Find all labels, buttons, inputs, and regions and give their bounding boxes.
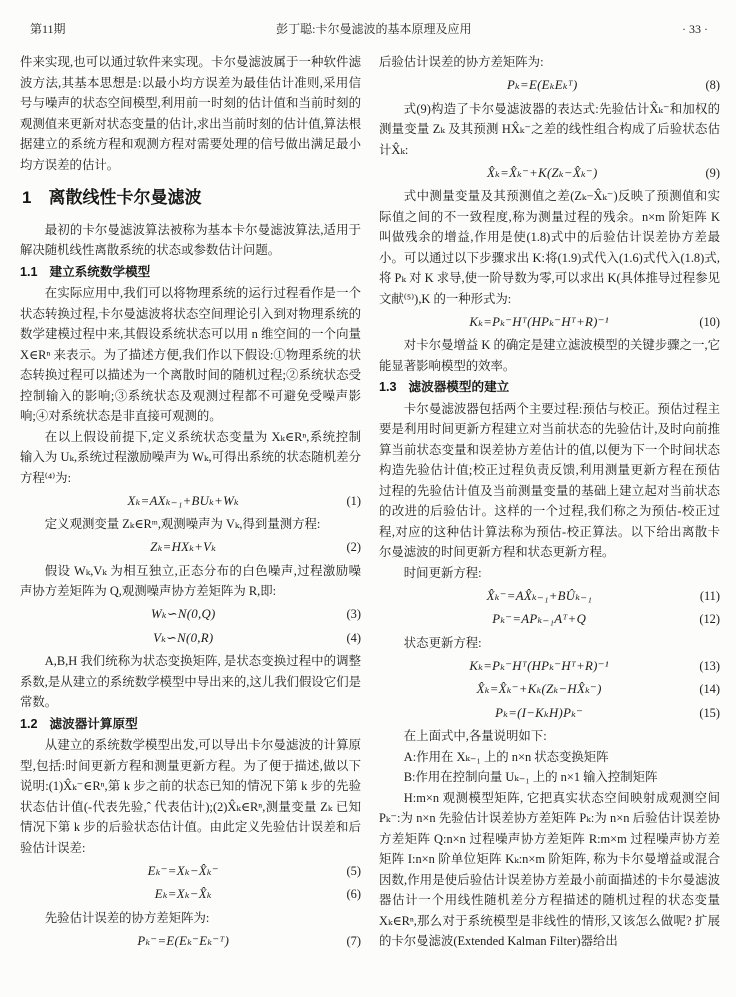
equation-body: Eₖ⁻=Xₖ−X̂ₖ⁻: [20, 861, 347, 882]
header-page-number: · 33 ·: [682, 22, 708, 37]
equation-body: Xₖ=AXₖ₋₁+BUₖ+Wₖ: [20, 491, 347, 512]
equation-body: Pₖ=E(EₖEₖᵀ): [379, 75, 706, 96]
paragraph: H:m×n 观测模型矩阵, 它把真实状态空间映射成观测空间 Pₖ⁻:为 n×n …: [379, 788, 720, 952]
paragraph: 在上面式中,各量说明如下:: [379, 726, 720, 747]
equation-number: (7): [347, 931, 361, 952]
equation-body: Kₖ=Pₖ⁻Hᵀ(HPₖ⁻Hᵀ+R)⁻¹: [379, 656, 699, 677]
equation: Eₖ=Xₖ−X̂ₖ (6): [20, 884, 361, 905]
equation-body: X̂ₖ=X̂ₖ⁻+K(Zₖ−X̂ₖ⁻): [379, 163, 706, 184]
equation: Eₖ⁻=Xₖ−X̂ₖ⁻ (5): [20, 861, 361, 882]
left-column: 件来实现,也可以通过软件来实现。卡尔曼滤波属于一种软件滤波方法,其基本思想是:以…: [20, 52, 361, 954]
equation-number: (10): [699, 312, 720, 333]
paragraph: 在以上假设前提下,定义系统状态变量为 Xₖ∈Rⁿ,系统控制输入为 Uₖ,系统过程…: [20, 427, 361, 489]
equation: Pₖ=E(EₖEₖᵀ) (8): [379, 75, 720, 96]
subsection-title: 滤波器模型的建立: [409, 380, 510, 394]
equation: Zₖ=HXₖ+Vₖ (2): [20, 537, 361, 558]
paragraph: 假设 Wₖ,Vₖ 为相互独立,正态分布的白色噪声,过程激励噪声协方差矩阵为 Q,…: [20, 561, 361, 602]
paragraph: 从建立的系统数学模型出发,可以导出卡尔曼滤波的计算原型,包括:时间更新方程和测量…: [20, 735, 361, 858]
subsection-heading: 1.3滤波器模型的建立: [379, 377, 720, 398]
header-running-title: 彭丁聪:卡尔曼滤波的基本原理及应用: [66, 20, 682, 37]
equation: Xₖ=AXₖ₋₁+BUₖ+Wₖ (1): [20, 491, 361, 512]
equation: Wₖ∽N(0,Q) (3): [20, 604, 361, 625]
equation-number: (12): [699, 609, 720, 630]
paragraph: 状态更新方程:: [379, 633, 720, 654]
paragraph: 卡尔曼滤波器包括两个主要过程:预估与校正。预估过程主要是利用时间更新方程建立对当…: [379, 399, 720, 563]
equation: Kₖ=Pₖ⁻Hᵀ(HPₖ⁻Hᵀ+R)⁻¹ (13): [379, 656, 720, 677]
subsection-number: 1.1: [20, 265, 38, 279]
paragraph: 最初的卡尔曼滤波算法被称为基本卡尔曼滤波算法,适用于解决随机线性离散系统的状态或…: [20, 220, 361, 261]
subsection-heading: 1.2滤波器计算原型: [20, 714, 361, 735]
equation-number: (11): [700, 586, 720, 607]
paragraph: 时间更新方程:: [379, 563, 720, 584]
equation-body: Kₖ=Pₖ⁻Hᵀ(HPₖ⁻Hᵀ+R)⁻¹: [379, 312, 699, 333]
equation-number: (9): [706, 163, 720, 184]
equation: Pₖ=(I−KₖH)Pₖ⁻ (15): [379, 703, 720, 724]
paragraph: 件来实现,也可以通过软件来实现。卡尔曼滤波属于一种软件滤波方法,其基本思想是:以…: [20, 52, 361, 175]
equation-number: (8): [706, 75, 720, 96]
subsection-title: 建立系统数学模型: [50, 265, 151, 279]
section-heading: 1离散线性卡尔曼滤波: [22, 188, 361, 209]
equation-body: Pₖ⁻=E(Eₖ⁻Eₖ⁻ᵀ): [20, 931, 347, 952]
paragraph: A:作用在 Xₖ₋₁ 上的 n×n 状态变换矩阵: [379, 747, 720, 768]
equation-body: X̂ₖ⁻=AX̂ₖ₋₁+BÛₖ₋₁: [379, 586, 700, 607]
section-title: 离散线性卡尔曼滤波: [48, 188, 201, 207]
paragraph: 式中测量变量及其预测值之差(Zₖ−X̂ₖ⁻)反映了预测值和实际值之间的不一致程度…: [379, 186, 720, 309]
page-header: 第11期 彭丁聪:卡尔曼滤波的基本原理及应用 · 33 ·: [20, 20, 720, 37]
paragraph: 对卡尔曼增益 K 的确定是建立滤波模型的关键步骤之一,它能显著影响模型的效率。: [379, 335, 720, 376]
paragraph: 后验估计误差的协方差矩阵为:: [379, 52, 720, 73]
equation-number: (13): [699, 656, 720, 677]
paragraph: 定义观测变量 Zₖ∈Rᵐ,观测噪声为 Vₖ,得到量测方程:: [20, 514, 361, 535]
equation-body: Zₖ=HXₖ+Vₖ: [20, 537, 347, 558]
equation-number: (14): [699, 679, 720, 700]
equation-number: (2): [347, 537, 361, 558]
paragraph: B:作用在控制向量 Uₖ₋₁ 上的 n×1 输入控制矩阵: [379, 767, 720, 788]
header-issue: 第11期: [30, 20, 66, 37]
equation: X̂ₖ⁻=AX̂ₖ₋₁+BÛₖ₋₁ (11): [379, 586, 720, 607]
paragraph: 在实际应用中,我们可以将物理系统的运行过程看作是一个状态转换过程,卡尔曼滤波将状…: [20, 283, 361, 427]
journal-page: 第11期 彭丁聪:卡尔曼滤波的基本原理及应用 · 33 · 件来实现,也可以通过…: [0, 0, 736, 997]
equation: Vₖ∽N(0,R) (4): [20, 628, 361, 649]
equation-number: (3): [347, 604, 361, 625]
subsection-title: 滤波器计算原型: [50, 717, 138, 731]
equation-body: X̂ₖ=X̂ₖ⁻+Kₖ(Zₖ−HX̂ₖ⁻): [379, 679, 699, 700]
equation-number: (15): [699, 703, 720, 724]
right-column: 后验估计误差的协方差矩阵为: Pₖ=E(EₖEₖᵀ) (8) 式(9)构造了卡尔…: [379, 52, 720, 954]
equation-body: Eₖ=Xₖ−X̂ₖ: [20, 884, 347, 905]
equation-number: (6): [347, 884, 361, 905]
equation-number: (5): [347, 861, 361, 882]
equation-number: (1): [347, 491, 361, 512]
paragraph: 式(9)构造了卡尔曼滤波器的表达式:先验估计X̂ₖ⁻和加权的测量变量 Zₖ 及其…: [379, 99, 720, 161]
equation-body: Pₖ⁻=APₖ₋₁Aᵀ+Q: [379, 609, 699, 630]
equation: Kₖ=Pₖ⁻Hᵀ(HPₖ⁻Hᵀ+R)⁻¹ (10): [379, 312, 720, 333]
paragraph: A,B,H 我们统称为状态变换矩阵, 是状态变换过程中的调整系数,是从建立的系统…: [20, 651, 361, 713]
paragraph: 先验估计误差的协方差矩阵为:: [20, 908, 361, 929]
equation: X̂ₖ=X̂ₖ⁻+K(Zₖ−X̂ₖ⁻) (9): [379, 163, 720, 184]
equation-body: Vₖ∽N(0,R): [20, 628, 347, 649]
equation-number: (4): [347, 628, 361, 649]
equation: X̂ₖ=X̂ₖ⁻+Kₖ(Zₖ−HX̂ₖ⁻) (14): [379, 679, 720, 700]
equation-body: Wₖ∽N(0,Q): [20, 604, 347, 625]
equation-body: Pₖ=(I−KₖH)Pₖ⁻: [379, 703, 699, 724]
equation: Pₖ⁻=APₖ₋₁Aᵀ+Q (12): [379, 609, 720, 630]
equation: Pₖ⁻=E(Eₖ⁻Eₖ⁻ᵀ) (7): [20, 931, 361, 952]
subsection-number: 1.3: [379, 380, 397, 394]
subsection-heading: 1.1建立系统数学模型: [20, 262, 361, 283]
section-number: 1: [22, 188, 31, 207]
subsection-number: 1.2: [20, 717, 38, 731]
two-column-body: 件来实现,也可以通过软件来实现。卡尔曼滤波属于一种软件滤波方法,其基本思想是:以…: [20, 52, 720, 954]
